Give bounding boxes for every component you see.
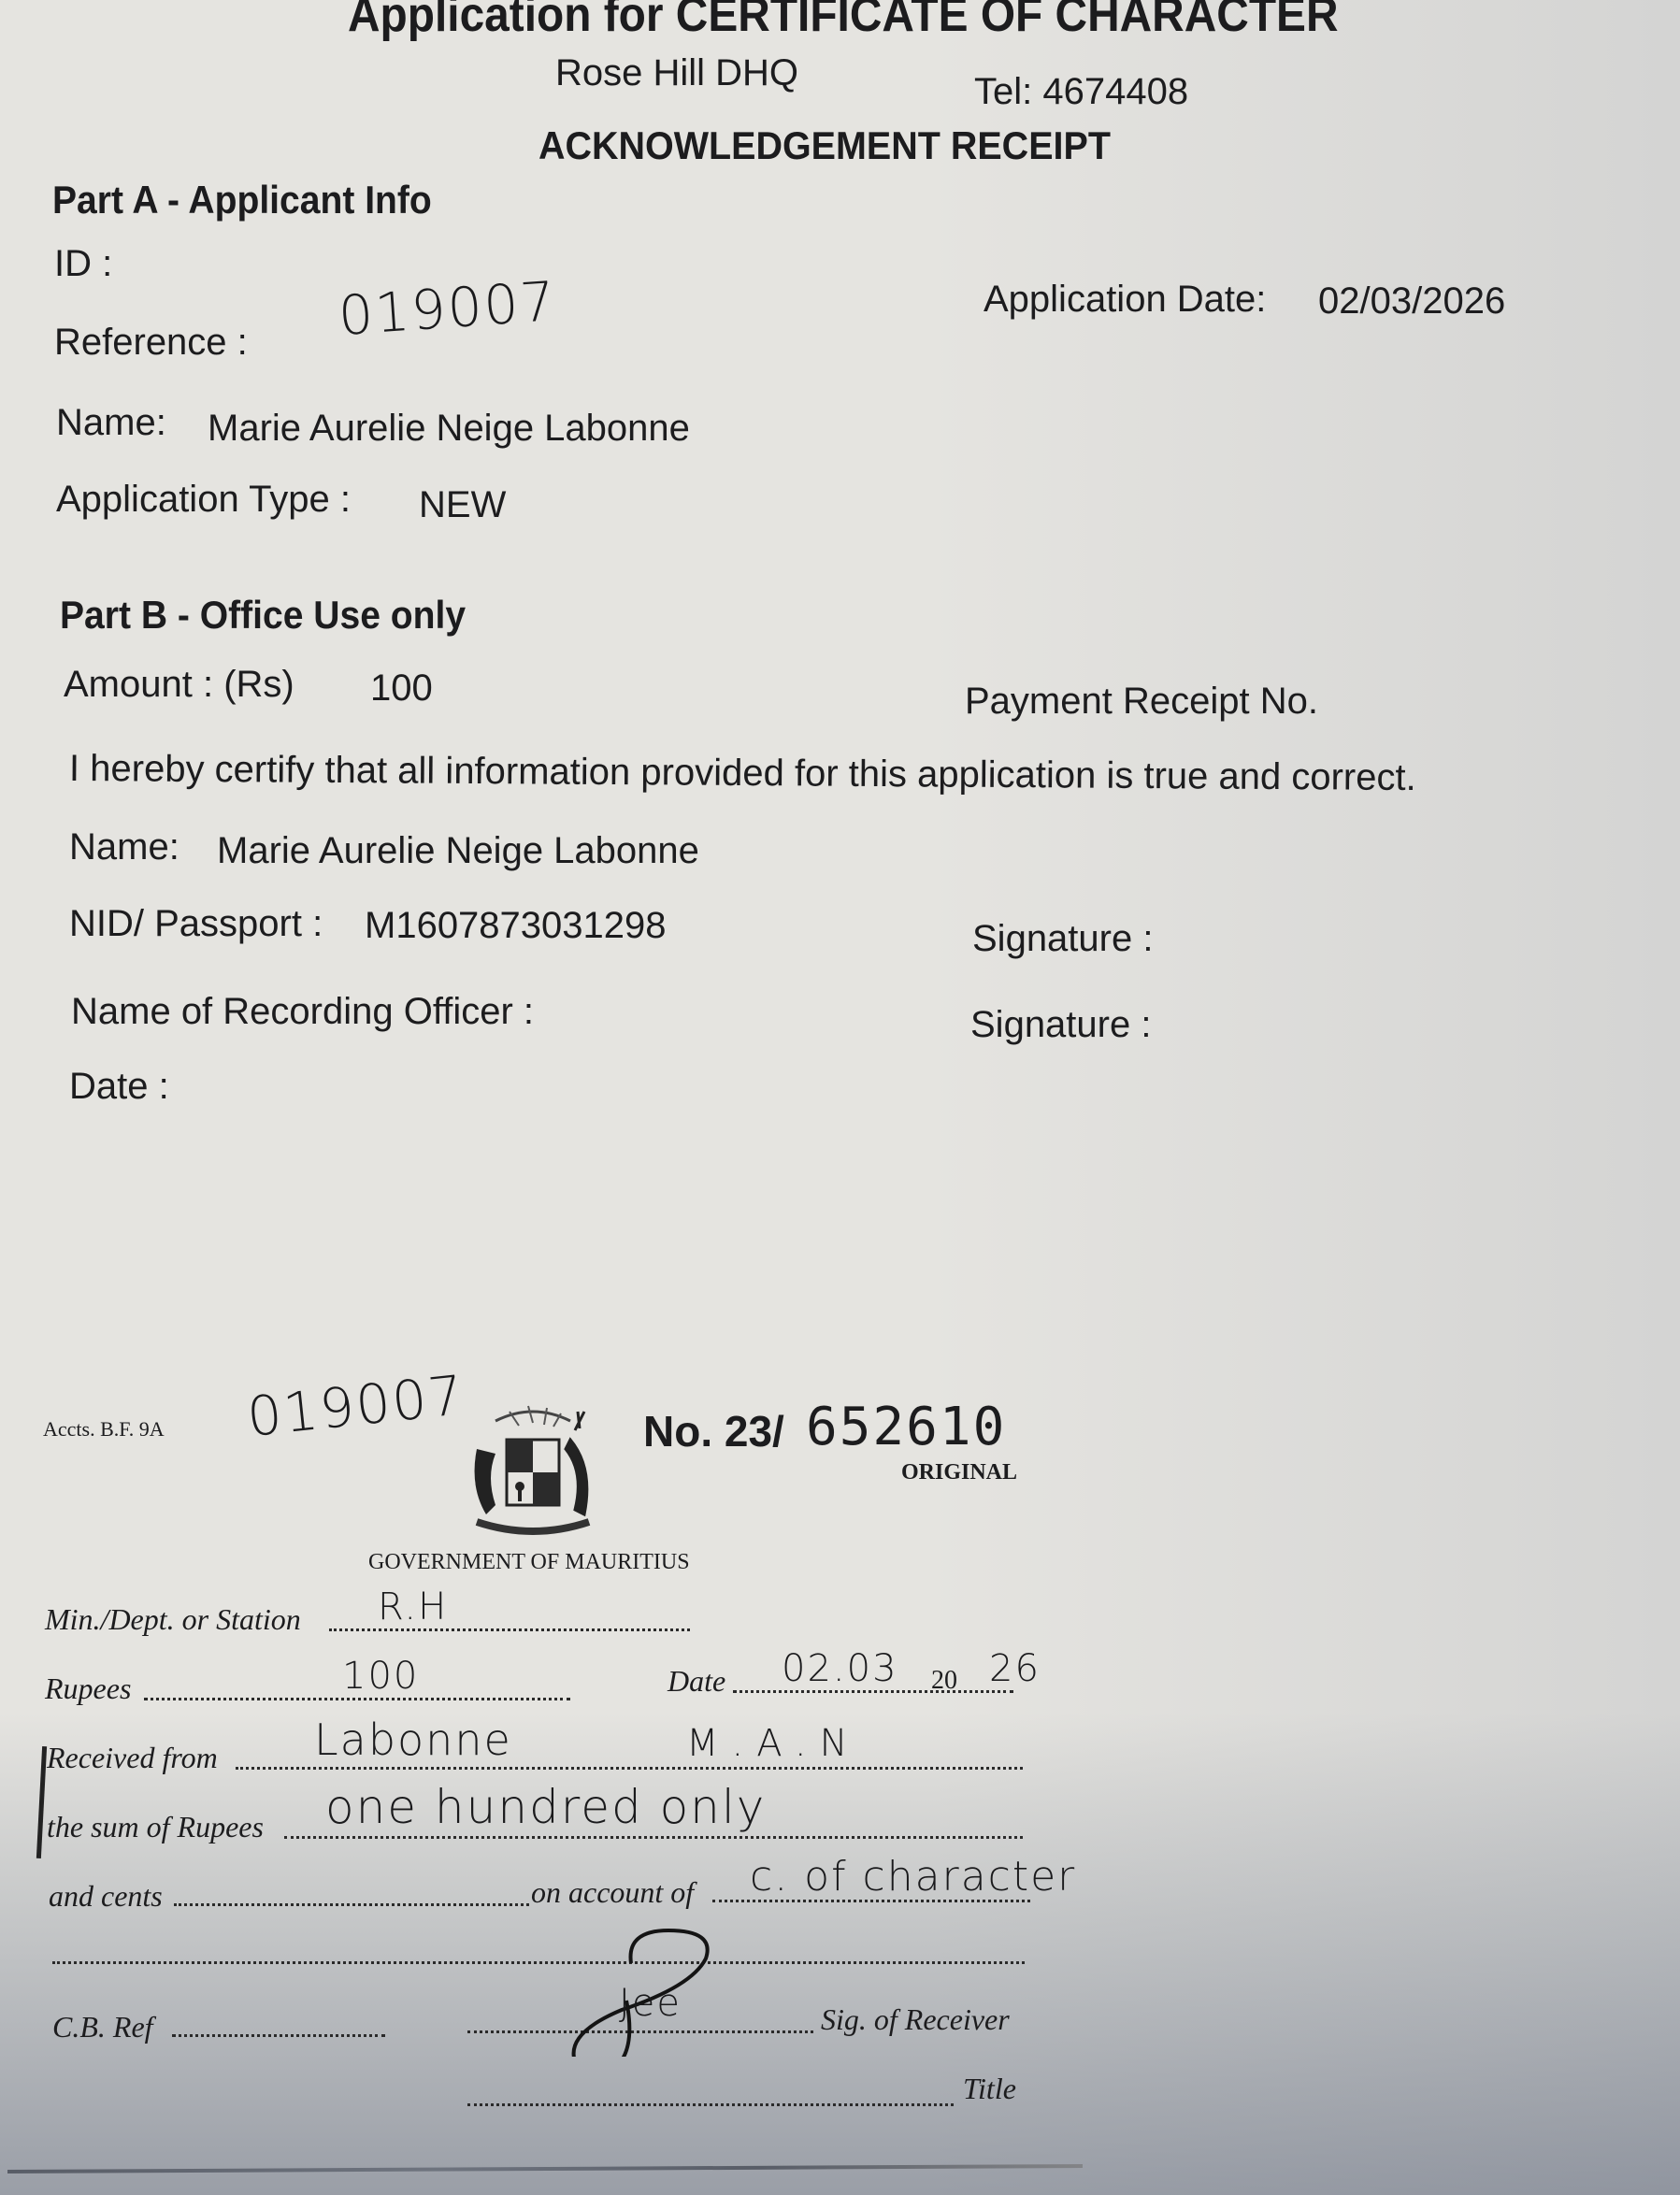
copy-label: ORIGINAL bbox=[901, 1460, 1017, 1485]
nid-passport-value: M1607873031298 bbox=[365, 905, 667, 947]
received-from-initials[interactable]: M.A.N bbox=[686, 1722, 861, 1765]
receiver-signature[interactable]: Jee bbox=[619, 1982, 682, 2025]
receipt-date-century: 20 bbox=[931, 1666, 957, 1696]
amount-value: 100 bbox=[370, 667, 433, 710]
cents-label: and cents bbox=[49, 1879, 163, 1914]
rupees-field-value[interactable]: 100 bbox=[342, 1655, 419, 1698]
id-handwritten-value: 019007 bbox=[337, 269, 559, 348]
id-label: ID : bbox=[54, 243, 112, 285]
recording-officer-label: Name of Recording Officer : bbox=[71, 991, 534, 1033]
account-of-label: on account of bbox=[531, 1875, 694, 1910]
station-field-value[interactable]: R.H bbox=[378, 1585, 448, 1628]
applicant-name: Marie Aurelie Neige Labonne bbox=[208, 408, 690, 450]
cb-ref-label: C.B. Ref bbox=[52, 2010, 153, 2044]
date-label: Date : bbox=[69, 1066, 169, 1108]
station-name: Rose Hill DHQ bbox=[555, 52, 798, 94]
reference-label: Reference : bbox=[54, 322, 248, 364]
part-b-heading: Part B - Office Use only bbox=[60, 593, 466, 638]
part-a-heading: Part A - Applicant Info bbox=[52, 178, 432, 222]
account-of-value[interactable]: c. of character bbox=[750, 1853, 1076, 1901]
issuer-name: GOVERNMENT OF MAURITIUS bbox=[368, 1550, 690, 1575]
paper-edge-line bbox=[7, 2164, 1083, 2173]
station-field-label: Min./Dept. or Station bbox=[45, 1602, 301, 1637]
sum-rupees-label: the sum of Rupees bbox=[47, 1810, 264, 1844]
declarant-name-label: Name: bbox=[69, 826, 179, 868]
certification-statement: I hereby certify that all information pr… bbox=[69, 748, 1416, 799]
officer-signature-label: Signature : bbox=[970, 1004, 1151, 1046]
name-label: Name: bbox=[56, 402, 166, 444]
received-from-surname[interactable]: Labonne bbox=[314, 1714, 512, 1765]
declarant-name: Marie Aurelie Neige Labonne bbox=[217, 830, 699, 872]
receipt-number: 652610 bbox=[806, 1397, 1006, 1457]
receiver-signature-label: Sig. of Receiver bbox=[821, 2002, 1010, 2037]
receipt-subtitle: ACKNOWLEDGEMENT RECEIPT bbox=[538, 123, 1111, 168]
title-label: Title bbox=[963, 2072, 1016, 2106]
nid-passport-label: NID/ Passport : bbox=[69, 903, 323, 945]
margin-mark bbox=[36, 1746, 47, 1858]
receipt-date-day-month[interactable]: 02.03 bbox=[782, 1647, 898, 1690]
rupees-field-label: Rupees bbox=[45, 1671, 131, 1706]
receipt-date-label: Date bbox=[668, 1664, 725, 1699]
form-code: Accts. B.F. 9A bbox=[43, 1417, 165, 1442]
application-date-value: 02/03/2026 bbox=[1318, 280, 1505, 323]
receipt-date-year[interactable]: 26 bbox=[989, 1647, 1041, 1690]
station-telephone: Tel: 4674408 bbox=[974, 71, 1188, 113]
application-type-label: Application Type : bbox=[56, 479, 351, 521]
received-from-label: Received from bbox=[47, 1741, 218, 1775]
application-type-value: NEW bbox=[419, 484, 506, 526]
receipt-number-prefix: No. 23/ bbox=[643, 1406, 784, 1456]
declarant-signature-label: Signature : bbox=[972, 918, 1153, 960]
sum-rupees-words[interactable]: one hundred only bbox=[325, 1780, 766, 1834]
form-title: Application for CERTIFICATE OF CHARACTER bbox=[348, 0, 1339, 43]
receipt-handwritten-id: 019007 bbox=[244, 1363, 467, 1449]
application-date-label: Application Date: bbox=[984, 279, 1266, 321]
coat-of-arms-icon bbox=[458, 1402, 608, 1542]
payment-receipt-label: Payment Receipt No. bbox=[965, 681, 1318, 723]
amount-label: Amount : (Rs) bbox=[64, 664, 294, 706]
